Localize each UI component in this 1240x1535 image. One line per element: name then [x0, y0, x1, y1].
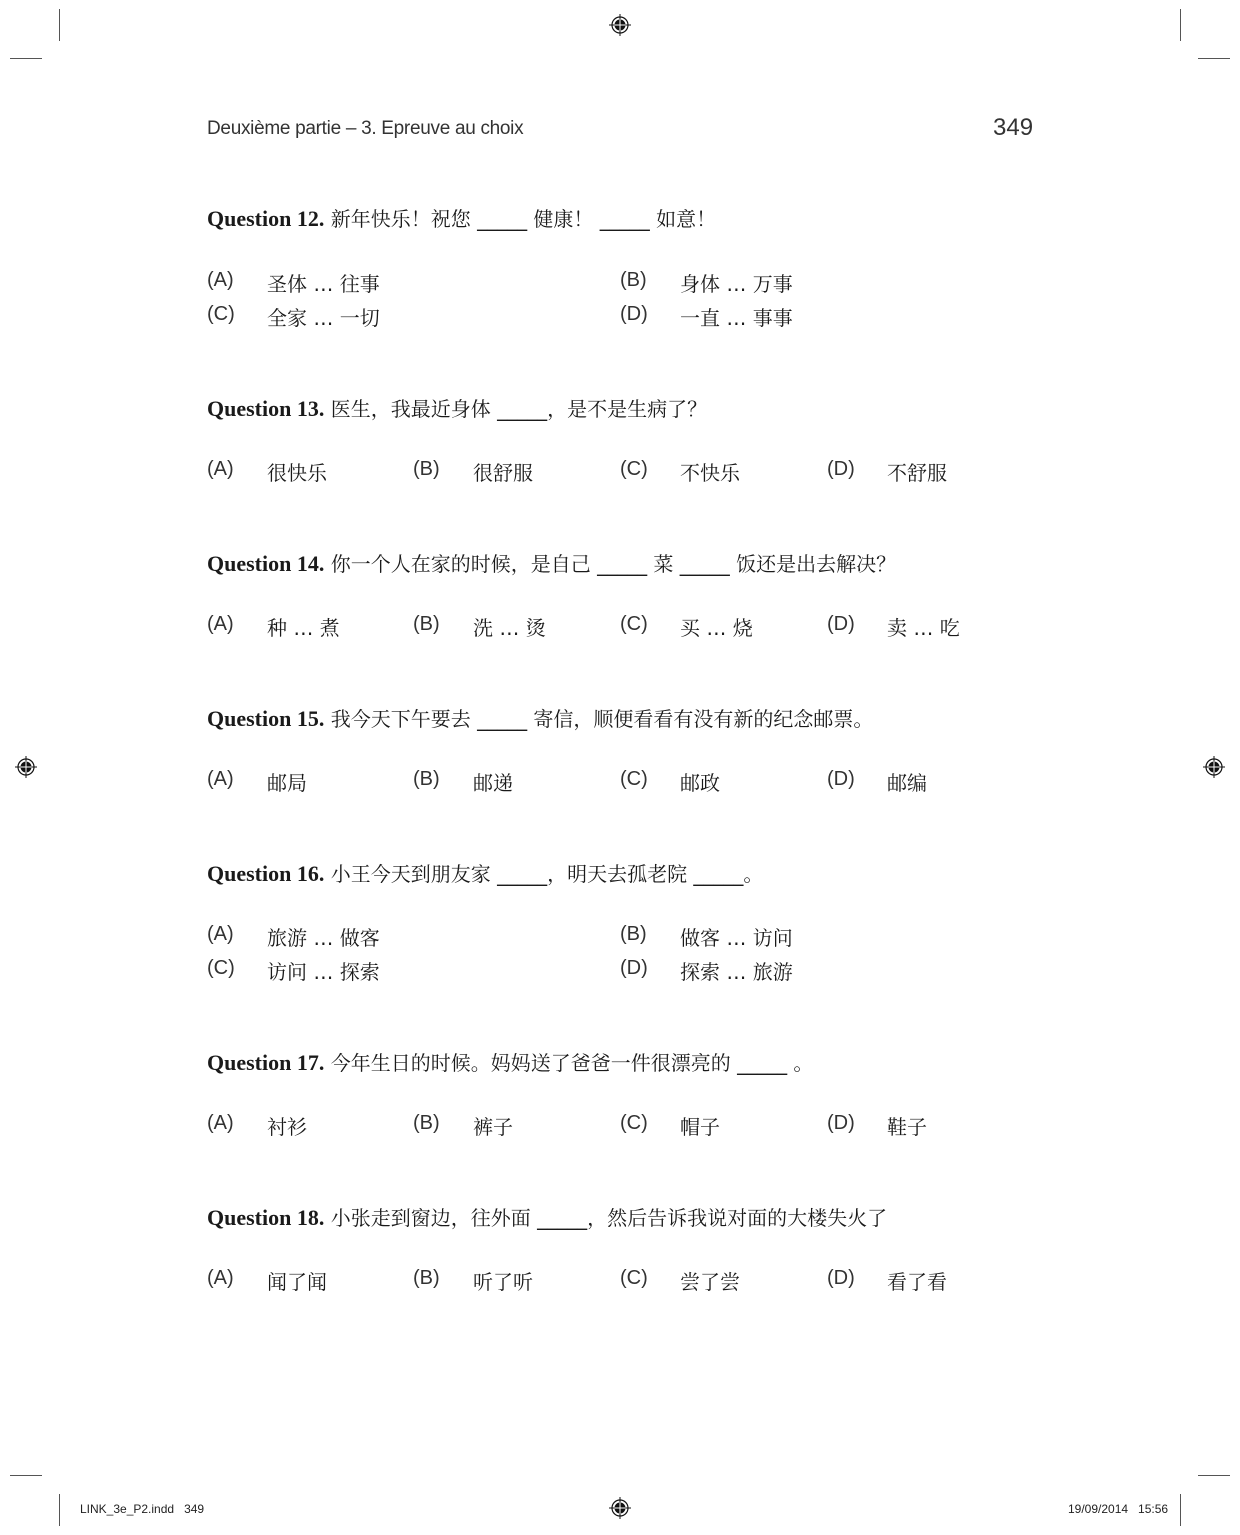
registration-mark-left-icon: [14, 755, 38, 779]
option-text: 裤子: [473, 1111, 513, 1140]
option-letter: (C): [620, 458, 648, 481]
option-text: 邮局: [267, 767, 307, 796]
registration-mark-top-icon: [608, 13, 632, 37]
crop-mark-top-right-vertical: [1180, 9, 1181, 41]
crop-mark-bottom-right-horizontal: [1198, 1475, 1230, 1476]
option-letter: (A): [207, 613, 234, 636]
question-label: Question 18.: [207, 1205, 324, 1230]
crop-mark-bottom-right-vertical: [1180, 1494, 1181, 1526]
option-text: 种 … 煮: [267, 612, 340, 641]
question-text: 小张走到窗边，往外面 _____，然后告诉我说对面的大楼失火了: [324, 1206, 887, 1230]
option-letter: (B): [413, 1112, 440, 1135]
option-text: 不快乐: [680, 457, 740, 486]
question-15: Question 15. 我今天下午要去 _____ 寄信，顺便看看有没有新的纪…: [207, 703, 873, 732]
option-text: 洗 … 烫: [473, 612, 546, 641]
question-label: Question 14.: [207, 551, 324, 576]
option-text: 访问 … 探索: [267, 956, 380, 985]
option-text: 帽子: [680, 1111, 720, 1140]
option-text: 邮编: [887, 767, 927, 796]
option-letter: (C): [620, 1267, 648, 1290]
option-letter: (B): [413, 768, 440, 791]
question-13: Question 13. 医生，我最近身体 _____，是不是生病了？: [207, 393, 707, 422]
question-18: Question 18. 小张走到窗边，往外面 _____，然后告诉我说对面的大…: [207, 1202, 887, 1231]
option-letter: (D): [620, 957, 648, 980]
crop-mark-top-left-vertical: [59, 9, 60, 41]
option-text: 尝了尝: [680, 1266, 740, 1295]
option-text: 探索 … 旅游: [680, 956, 793, 985]
option-letter: (D): [620, 303, 648, 326]
question-17: Question 17. 今年生日的时候。妈妈送了爸爸一件很漂亮的 _____ …: [207, 1047, 813, 1076]
option-text: 身体 … 万事: [680, 268, 793, 297]
option-letter: (B): [620, 923, 647, 946]
footer-file-name: LINK_3e_P2.indd 349: [80, 1502, 204, 1516]
page-number: 349: [993, 114, 1033, 142]
option-text: 圣体 … 往事: [267, 268, 380, 297]
option-letter: (B): [413, 458, 440, 481]
question-label: Question 17.: [207, 1050, 324, 1075]
question-label: Question 13.: [207, 396, 324, 421]
option-text: 不舒服: [887, 457, 947, 486]
question-text: 你一个人在家的时候，是自己 _____ 菜 _____ 饭还是出去解决？: [324, 552, 896, 576]
question-text: 新年快乐！祝您 _____ 健康！ _____ 如意！: [324, 207, 716, 231]
option-letter: (D): [827, 613, 855, 636]
option-text: 听了听: [473, 1266, 533, 1295]
option-letter: (A): [207, 269, 234, 292]
option-text: 买 … 烧: [680, 612, 753, 641]
option-letter: (B): [620, 269, 647, 292]
option-text: 邮政: [680, 767, 720, 796]
option-text: 一直 … 事事: [680, 302, 793, 331]
running-title: Deuxième partie – 3. Epreuve au choix: [207, 118, 523, 140]
option-letter: (B): [413, 1267, 440, 1290]
option-letter: (B): [413, 613, 440, 636]
footer-timestamp: 19/09/2014 15:56: [1068, 1502, 1168, 1516]
option-letter: (A): [207, 768, 234, 791]
option-text: 衬衫: [267, 1111, 307, 1140]
option-letter: (A): [207, 1112, 234, 1135]
question-label: Question 16.: [207, 861, 324, 886]
option-text: 很快乐: [267, 457, 327, 486]
option-letter: (C): [207, 957, 235, 980]
option-letter: (C): [620, 768, 648, 791]
option-text: 做客 … 访问: [680, 922, 793, 951]
question-label: Question 15.: [207, 706, 324, 731]
option-letter: (A): [207, 1267, 234, 1290]
crop-mark-top-left-horizontal: [10, 58, 42, 59]
option-text: 卖 … 吃: [887, 612, 960, 641]
crop-mark-bottom-left-horizontal: [10, 1475, 42, 1476]
question-12: Question 12. 新年快乐！祝您 _____ 健康！ _____ 如意！: [207, 203, 716, 232]
option-text: 看了看: [887, 1266, 947, 1295]
question-text: 小王今天到朋友家 _____，明天去孤老院 _____。: [324, 862, 763, 886]
registration-mark-right-icon: [1202, 755, 1226, 779]
option-text: 邮递: [473, 767, 513, 796]
option-letter: (C): [207, 303, 235, 326]
question-text: 今年生日的时候。妈妈送了爸爸一件很漂亮的 _____ 。: [324, 1051, 813, 1075]
crop-mark-top-right-horizontal: [1198, 58, 1230, 59]
option-letter: (D): [827, 1267, 855, 1290]
question-14: Question 14. 你一个人在家的时候，是自己 _____ 菜 _____…: [207, 548, 896, 577]
option-letter: (C): [620, 1112, 648, 1135]
option-text: 闻了闻: [267, 1266, 327, 1295]
registration-mark-bottom-icon: [608, 1496, 632, 1520]
question-text: 我今天下午要去 _____ 寄信，顺便看看有没有新的纪念邮票。: [324, 707, 873, 731]
crop-mark-bottom-left-vertical: [59, 1494, 60, 1526]
option-text: 很舒服: [473, 457, 533, 486]
question-16: Question 16. 小王今天到朋友家 _____，明天去孤老院 _____…: [207, 858, 763, 887]
option-text: 鞋子: [887, 1111, 927, 1140]
option-text: 全家 … 一切: [267, 302, 380, 331]
option-letter: (A): [207, 923, 234, 946]
question-label: Question 12.: [207, 206, 324, 231]
option-letter: (D): [827, 768, 855, 791]
option-letter: (D): [827, 1112, 855, 1135]
option-letter: (C): [620, 613, 648, 636]
option-letter: (D): [827, 458, 855, 481]
option-letter: (A): [207, 458, 234, 481]
question-text: 医生，我最近身体 _____，是不是生病了？: [324, 397, 707, 421]
option-text: 旅游 … 做客: [267, 922, 380, 951]
